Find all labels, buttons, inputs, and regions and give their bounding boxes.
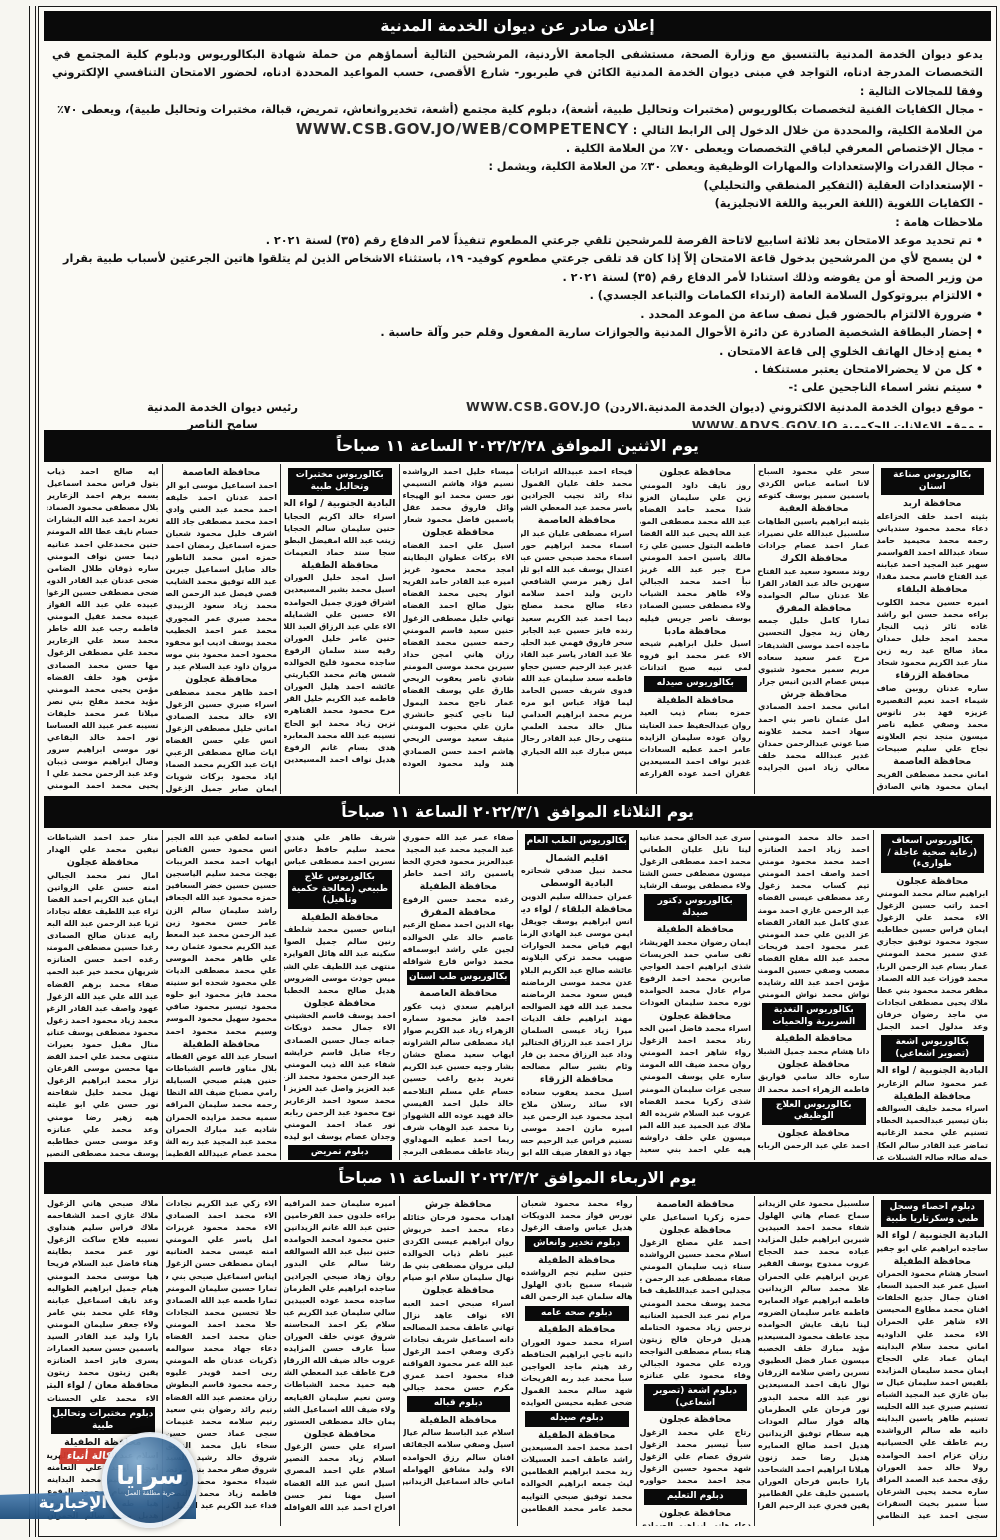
saraya-logo: سرايا حرية مطلقة العمل [102, 1432, 198, 1528]
candidate-name: ميلانا عمر محمد خليفات [47, 708, 159, 720]
candidate-name: صفاء مصطفى عبد الرحمن بني نصر [640, 1273, 752, 1285]
governorate-header: محافظة عجلون [758, 1058, 870, 1072]
candidate-name: اسلام زياد محمد النصير [284, 1453, 396, 1465]
candidate-name: مؤمن احمد عبد الله رشايده [758, 977, 870, 989]
candidate-name: اسيل محمد يعقوب سعاده [521, 1087, 633, 1099]
candidate-name: سجى عزات سليمان المومني [640, 1084, 752, 1096]
candidate-name: امنه حسن علي الزواتين [47, 882, 159, 894]
candidate-name: الاء عمر محمد ابو فروه [640, 650, 752, 662]
candidate-name: محمود تيسير محمود صافي [166, 1001, 278, 1013]
candidate-name: اسيل عمر عبد الحميد السعايده [877, 1280, 989, 1292]
candidate-name: لينا نايف عايش الحوامده [758, 1319, 870, 1331]
name-column: سلسبيل محمود علي الزيدانينسماح عصام هاني… [754, 1196, 873, 1526]
degree-header: بكالوريوس طب اسنان [407, 970, 511, 986]
candidate-name: سحر فاروق فهمي عبد الحليم [521, 637, 633, 649]
candidate-name: منتهى محمد علي احمد القضاه [47, 1051, 159, 1063]
candidate-name: رامي مصباح ضيف الله النظامي [166, 1087, 278, 1099]
candidate-name: منتهى رحال عبد القادر رحال [521, 733, 633, 745]
candidate-name: اشرف خليل محمود شعبان [166, 528, 278, 540]
candidate-name: محمود سهيل محمود الموسى [166, 1013, 278, 1025]
candidate-name: نرجس زياد محمود الحتامله [640, 1322, 752, 1334]
note-item: ضرورة الالتزام بالحضور قبل نصف ساعة من ا… [52, 306, 983, 324]
candidate-name: ليث جمعه ابراهيم الخوالده [521, 1478, 633, 1490]
candidate-name: نداء رائد نجيب الجرادين [521, 490, 633, 502]
candidate-name: رجاء صايل قاسم خرايشه [284, 1047, 396, 1059]
candidate-name: مرح عمر سعيد سعاده [758, 652, 870, 664]
candidate-name: هدى بسام غانم الرفوع [284, 742, 396, 754]
candidate-name: ريم عاطف علي الحسيانيه [877, 1437, 989, 1449]
saraya-logo-subtext: حرية مطلقة العمل [125, 1489, 175, 1497]
candidate-name: محمد عمر احمد الخطيب [166, 625, 278, 637]
candidate-name: اسراء خالد اكريم الحجايا [284, 511, 396, 523]
candidate-name: شادي ناصر يعقوب الريحي [403, 673, 515, 685]
date-bar: يوم الثلاثاء الموافق ٢٠٢٢/٣/١ الساعة ١١ … [44, 796, 991, 828]
candidate-name: روان زهاد صبحي الجرادين [284, 1271, 396, 1283]
candidate-name: رنده فايز حسين عبد الجابر [521, 625, 633, 637]
candidate-name: الاء بركات عطوان البطاينه [403, 552, 515, 564]
name-column: فيحاء احمد عبيدالله اتراباتمحمد خلف عليا… [517, 464, 636, 794]
candidate-name: يقين فخري عبد الرحيم الفرايات [758, 1500, 870, 1512]
candidate-name: مؤيد مبارك خلف الخصبه [758, 1343, 870, 1355]
candidate-name: محمود مصطفى يوسف عنانيه [47, 1027, 159, 1039]
candidate-name: نهيل محمد خليل شقاحنه [47, 1087, 159, 1099]
candidate-name: عبد الله علي عبد الله الزغول [47, 991, 159, 1003]
candidate-name: رحمه حسين محمد القضاه [403, 637, 515, 649]
governorate-header: محافظة العاصمة [166, 466, 278, 480]
candidate-name: ايهاب احمد محمد العريبات [166, 856, 278, 868]
candidate-name: اسراء صبحي احمد العبه [403, 1298, 515, 1310]
candidate-name: محمد نبيل صدقي شحاتره [521, 865, 633, 877]
candidate-name: نوال نايف احمد المسيعدين [758, 1379, 870, 1391]
candidate-name: الاء حسين علي الشمايله [284, 609, 396, 621]
candidate-name: تغريد بديع راغب حسين [403, 1073, 515, 1085]
link-label: - موقع الاعلانات الحكومية [842, 420, 983, 428]
candidate-name: محمد عبد الله فهد الصوالحه [521, 1001, 633, 1013]
candidate-name: ايمان محمود هاني الصادق [877, 781, 989, 793]
candidate-name: فاطمه ابراهيم عواد العمايره [758, 1295, 870, 1307]
candidate-name: عبد الفتاح قاسم محمد مقدادي [877, 571, 989, 583]
candidate-name: تماضر عبد القادر سالم العكايله [877, 1140, 989, 1152]
candidate-name: علي محمد مصطفى الديات [166, 965, 278, 977]
candidate-name: هاشم احمد حسن الصمادي [403, 746, 515, 758]
name-column: سرى عبد الخالق محمد عنانيهلينا نايل عليا… [636, 830, 755, 1160]
candidate-name: احمد زياد احمد العنانزه [758, 844, 870, 856]
candidate-name: نورس فواز محمد الدويكات [521, 1210, 633, 1222]
candidate-name: عدي سمير محمد المومني [877, 948, 989, 960]
candidate-name: محمد زياد سعود الزبيدي [166, 600, 278, 612]
candidate-name: عروب ممدوح يوسف الفقير [758, 1258, 870, 1270]
candidate-name: وداد عبد الرزاق محمد بن فاره محمد [521, 1049, 633, 1061]
candidate-name: ملاك يحيى مصطفى انجادات [877, 997, 989, 1009]
candidate-name: نور احمد خالد البقاعي [47, 732, 159, 744]
candidate-name: رتاج علي محمد الزغول [640, 1427, 752, 1439]
candidate-name: ايه صالح احمد ذياب [47, 466, 159, 478]
candidate-name: رنيم رائد رضوان بني سعيد [166, 1404, 278, 1416]
candidate-name: وعد محمد علي عنانزه [47, 1124, 159, 1136]
candidate-name: افنان محمد مطاوع المحيسن [877, 1304, 989, 1316]
candidate-name: هيه علي احمد بني سعيد [640, 1144, 752, 1156]
candidate-name: روان عبدالحفيظ حمد العنايته [640, 720, 752, 732]
candidate-name: اشراق فوزي جميل الحوامده [284, 597, 396, 609]
candidate-name: اسحار عبد الله عوض القطامين [166, 1051, 278, 1063]
field-technical-competencies: - مجال الكفايات الفنية لتخصصات بكالوريوس… [52, 101, 983, 140]
candidate-name: شروق عوني خلف العوران [284, 1331, 396, 1343]
candidate-name: ملاك فراس سليم هنداوي [47, 1222, 159, 1234]
intro-paragraph: يدعو ديوان الخدمة المدنية بالتنسيق مع وز… [52, 46, 983, 101]
competency-url[interactable]: WWW.CSB.GOV.JO/WEB/COMPETENCY [296, 120, 629, 138]
candidate-name: مجدلين احمد عبداللطيف فعالقه [640, 1285, 752, 1297]
candidate-name: اماني خليل مصطفى الزغول [166, 723, 278, 735]
candidate-name: هيه زهير رضا مومني [47, 1112, 159, 1124]
candidate-name: تيم كساب محمد زغول [758, 880, 870, 892]
candidate-name: اماني محمد احمد الصمادي [758, 701, 870, 713]
note-item: كل من لا يحضرالامتحان يعتبر مستنكفا . [52, 361, 983, 379]
degree-header: دبلوم التعليم [644, 1489, 748, 1505]
governorate-header: البادية الجنوبية / لواء الحسا [284, 497, 396, 511]
candidate-name: نسيبه فلاح ساكت الزغول [47, 1234, 159, 1246]
candidate-name: ياسر محمد عبد المعطي الشرارعه [521, 502, 633, 514]
candidate-name: احمد خالد محمد المومني [758, 832, 870, 844]
candidate-name: رزان هاني امجن حداد [403, 649, 515, 661]
candidate-name: رحمه محمود قاسم البطوش [166, 1379, 278, 1391]
candidate-name: وئام بشير سالم مصالحه [521, 1061, 633, 1073]
candidate-name: معالي زياد امين الجرايده [758, 762, 870, 774]
signature-block: رئيس ديوان الخدمة المدنية سامح الناصر [120, 399, 325, 433]
candidate-name: هديل صالح محمد الخطبا [284, 985, 396, 997]
degree-header: دبلوم قباله [407, 1396, 511, 1412]
candidate-name: حمزه بسام ذيب العيد [640, 707, 752, 719]
candidate-name: رعد مصطفى عيسى القضاه [758, 892, 870, 904]
candidate-name: صفاء محمد برهم القضاه [47, 979, 159, 991]
candidate-name: اسلام عبد الباسط سالم عيال سلمان [403, 1427, 515, 1439]
governorate-header: محافظة عجلون [47, 856, 159, 870]
candidate-name: زينب عبد الله امفيضل البطونيه [284, 535, 396, 547]
name-column: بكالوريوس اسعاف (رعاية صحية عاجلة / طوار… [873, 830, 992, 1160]
candidate-name: دانيه طه سالم الرواشده [877, 1425, 989, 1437]
candidate-name: حنين نبيل عبد الله السوالقه [284, 1246, 396, 1258]
link-label: - موقع ديوان الخدمة المدنية الالكتروني (… [605, 401, 983, 414]
candidate-name: عبد العزيز واصل عبد العزيز المومني [284, 1083, 396, 1095]
candidate-name: عبد الرحمن محمد عبد المعطي الماضي [166, 929, 278, 941]
candidate-name: محمد وصفي عطيه ناصر [877, 719, 989, 731]
candidate-name: مجد احمد محمد حواوره [640, 1475, 752, 1487]
governorate-header: محافظة الطفيلة [640, 923, 752, 937]
candidate-name: منيف سعيد موسى الريحي [403, 733, 515, 745]
governorate-header: محافظة عجلون [284, 997, 396, 1011]
candidate-name: غدير عبد الرحيم حسين حجاوي [521, 661, 633, 673]
candidate-name: اسراء مصطفى عليان عبد الرحيم [521, 528, 633, 540]
candidate-name: بتول فراس محمد اسماعيل [47, 478, 159, 490]
candidate-name: سهير عبد المجيد احمد عبابنه [877, 559, 989, 571]
degree-header: بكالوريوس العلاج الوظيفي [762, 1098, 866, 1125]
candidate-name: اماني محمد مصطفى الفريحات [877, 769, 989, 781]
candidate-name: احمد واصف احمد المومني [758, 868, 870, 880]
candidate-name: ايمان صابر جميل الزغول [166, 783, 278, 794]
field-language-competencies: - الكفايات اللغوية (اللغة العربية واللغة… [52, 195, 983, 213]
candidate-name: مهند ابراهيم خلف الديات [521, 1013, 633, 1025]
candidate-name: صبا عوني عبدالرحمن حمدان [758, 738, 870, 750]
page-left-rule [29, 6, 36, 1537]
candidate-name: رحمه محمد محيميد حامد [877, 535, 989, 547]
governorate-header: محافظة الطفيلة [284, 911, 396, 925]
candidate-name: فاطمه عبد الكريم خليل القرارعه [284, 693, 396, 705]
degree-header: دبلوم تمريض [288, 1145, 392, 1160]
candidate-name: محمد دواس فارع شواقله [403, 956, 515, 968]
candidate-name: سبأ سمير بخيت السقرات [877, 1498, 989, 1510]
candidate-name: شريف طاهر علي هندي [284, 832, 396, 844]
field-knowledge-specialty: - مجال الإختصاص المعرفي لباقي التخصصات و… [52, 140, 983, 158]
candidate-name: مرام نمر عبد الحميد العنانيه [640, 1310, 752, 1322]
candidate-name: اميره مازن احمد موسى [521, 1123, 633, 1135]
governorate-header: محافظة جرش [758, 688, 870, 702]
degree-header: دبلوم صحه عامه [525, 1306, 629, 1322]
candidate-name: تمارا حسين سليمان المومني [166, 1283, 278, 1295]
governorate-header: محافظة الطفيلة [877, 1255, 989, 1269]
name-column: محافظة عجلونروز نايف داود المومنيزين علي… [636, 464, 755, 794]
governorate-header: محافظة الطفيلة [403, 880, 515, 894]
candidate-name: امل ياسر علي المومني [166, 1234, 278, 1246]
candidate-name: محمد توفيق صبحي التوايبه [521, 1491, 633, 1503]
candidate-name: شروق عصام علي الزغول [640, 1451, 752, 1463]
candidate-name: غدير نواف احمد المسيعدين [640, 756, 752, 768]
candidate-name: اسلام علي احمد المصري [284, 1465, 396, 1477]
candidate-name: ايات صالح مصطفى الزعبي [166, 747, 278, 759]
degree-header: بكالوريوس مختبرات وتحاليل طبية [288, 468, 392, 495]
candidate-name: ميس عصام الدين انيس جرار [758, 676, 870, 688]
candidate-name: اسيل وصفي سلامه الجفائفه [403, 1439, 515, 1451]
candidate-name: تهاني عاطف محمد المصالحه [403, 1322, 515, 1334]
candidate-name: وائل فاروق محمد عقل [403, 502, 515, 514]
candidate-name: الاء محمد علي الزغول [877, 912, 989, 924]
governorate-header: البادية الوسطى [521, 877, 633, 891]
candidate-name: مؤمن يحيى محمد المومني [47, 684, 159, 696]
candidate-name: محمد عامر محمد القطامين [521, 1503, 633, 1515]
candidate-name: تهاني خليل مصطفى الزغول [403, 613, 515, 625]
candidate-name: امجد محمد محمود غريز [403, 564, 515, 576]
candidate-name: نيفين محمد علي الهدار [47, 844, 159, 856]
candidate-name: ساره خالد سامي قواريق [758, 1071, 870, 1083]
candidate-name: نسيبه عبد الله محمد المعابره [284, 730, 396, 742]
governorate-header: محافظة عجلون [166, 673, 278, 687]
candidate-name: بهاء الدين احمد مصلح الزعبي [403, 919, 515, 931]
candidate-name: صفاء عمر عبد الله حموري [403, 832, 515, 844]
candidate-name: عروب عبد السلام شريده الفريحات [640, 1108, 752, 1120]
candidate-name: هديل نواف احمد المسيعدين [284, 754, 396, 766]
candidate-name: مها محسن موسى القرعان [47, 1063, 159, 1075]
candidate-name: علا عدنان سالم الحوامده [758, 590, 870, 602]
candidate-name: هاله سلمان عبد الرحمن القمول [521, 1291, 633, 1303]
governorate-header: محافظة عجلون [640, 1010, 752, 1024]
name-column: اسامه لطفي عبد الله الجبرانس محمود حسن ا… [162, 830, 281, 1160]
candidate-name: افنان سالم رزق الحوامده [403, 1452, 515, 1464]
candidate-name: محمد سعود احمد الزعارير [284, 1095, 396, 1107]
candidate-name: سلام بكر احمد المحاسنه [284, 1319, 396, 1331]
candidate-name: تسنيم طاهر ياسين البداينه [877, 1413, 989, 1425]
candidate-name: محمد احمد مصطفى الزغول [640, 856, 752, 868]
candidate-name: حنين محمود امحمد الحوامده [284, 1234, 396, 1246]
candidate-name: سماح عصام هاني الهلول [758, 1210, 870, 1222]
governorate-header: محافظة عجلون [640, 1413, 752, 1427]
candidate-name: ياسمين فاضل محمود شعار [403, 514, 515, 526]
candidate-name: تمارا كامل خليل جمعه [758, 615, 870, 627]
csb-url[interactable]: WWW.CSB.GOV.JO [466, 399, 601, 414]
degree-header: بكالوريوس دكتور صيدلة [644, 894, 748, 921]
governorate-header: محافظة عجلون [640, 466, 752, 480]
candidate-name: ملاك صبحي هاني الزغول [47, 1198, 159, 1210]
candidate-name: بسمه برهم احمد الزعارير [47, 490, 159, 502]
candidate-name: نزين زياد محمد ابو الحاج [284, 718, 396, 730]
candidate-name: نور عبد الله محمد البدور [758, 1392, 870, 1404]
governorate-header: محافظة عجلون [403, 1284, 515, 1298]
candidate-name: الاء جمال محمد دويكات [284, 1022, 396, 1034]
governorate-header: محافظة مادبا [640, 625, 752, 639]
candidate-name: صابرين محمد احمد الرفوع [640, 973, 752, 985]
candidate-name: مجد عاطف محمود المسيعدين [758, 1331, 870, 1343]
name-column: سحر علي محمود السباحلانا اسامه عباس الكر… [754, 464, 873, 794]
candidate-name: عروب خالد ضيف الله الزرقان [284, 1355, 396, 1367]
candidate-name: ثراء عبد اللطيف عقله نجادات [47, 906, 159, 918]
name-column: صفاء عمر عبد الله حموريعبد المجيد محمد ع… [399, 830, 518, 1160]
governorate-header: محافظة جرش [403, 1198, 515, 1212]
candidate-name: رنا محمد عبد الوهاب شرف [403, 1122, 515, 1134]
name-column: بكالوريوس صناعة اسنانمحافظة اربدبثينه اح… [873, 464, 992, 794]
candidate-name: بشار وجيه حسين عبد الكريم [403, 1061, 515, 1073]
candidate-name: انس محمود حسن القناص [166, 844, 278, 856]
candidate-name: يوسف محمد مصطفى النصير [47, 1148, 159, 1160]
candidate-name: امجد محمود عبد الرحمن عبد الرحيم [521, 1111, 633, 1123]
candidate-name: عاصم خالد علي الخوالده [403, 932, 515, 944]
columns: بكالوريوس صناعة اسنانمحافظة اربدبثينه اح… [44, 464, 991, 794]
candidate-name: دارين وليد احمد سلامه [521, 588, 633, 600]
candidate-name: ليما فؤاد عباس ابو مره [521, 697, 633, 709]
candidate-name: هند وليد محمود العوده [403, 758, 515, 770]
candidate-name: بثينه احمد خلف الخزاعله [877, 511, 989, 523]
candidate-name: نوره محمد سليمان العودات [640, 997, 752, 1009]
candidate-name: حنين عامر خليل العوران [284, 633, 396, 645]
note-item: يمنع إدخال الهاتف الخلوي إلى قاعة الامتح… [52, 343, 983, 361]
candidate-name: رنين سالم جميل الصوا [284, 936, 396, 948]
candidate-name: اعتدال يوسف عبد الله ابو ثلول [521, 564, 633, 576]
candidate-name: امنه عيسى محمد العنانيه [166, 1246, 278, 1258]
candidate-name: روان عوده سليمان الزايده [640, 732, 752, 744]
candidate-name: ميس جودت موسى الضروس [284, 973, 396, 985]
candidate-name: سيرين محمد موسى المومني [403, 661, 515, 673]
name-column: محافظة جرشاهداب محمود فرحان خثائلهدعاء م… [399, 1196, 518, 1526]
candidate-name: الاء شاهر علي الحمران [877, 1316, 989, 1328]
candidate-name: ولاء ظاهر محمد الشياب [640, 588, 752, 600]
candidate-name: ميسون مصطفى حسن الشتاش [640, 868, 752, 880]
candidate-name: مصعب وصفي حسين المومني [758, 965, 870, 977]
candidate-name: بيان غازي عبد المجيد الشباطات [877, 1389, 989, 1401]
candidate-name: الاء سائد رسلان ملاح [521, 1099, 633, 1111]
candidate-name: ياسمين خليف علي القطامين [758, 1488, 870, 1500]
candidate-name: بنان تيسير عبدالحميد الخطاطبه [877, 1115, 989, 1127]
candidate-name: مازن علي محبوب المومني [403, 721, 515, 733]
candidate-name: ورده علي محمود الجبالي [640, 1358, 752, 1370]
candidate-name: وسيم محمد محمود احمد [166, 1026, 278, 1038]
candidate-name: الاء علي عبد الرزاق العبد اللات [284, 621, 396, 633]
candidate-name: امل زهير مرسي الشافعي [521, 576, 633, 588]
candidate-name: ميسون علي خلف دراوشه [640, 1132, 752, 1144]
candidate-name: عدن محمد موسى الرماضنه [521, 977, 633, 989]
candidate-name: علي محمود شحده ابو سنينه [166, 977, 278, 989]
candidate-name: الاء خالد محمد الصمادي [166, 711, 278, 723]
candidate-name: سعاد عبدالله احمد القواسمي [877, 547, 989, 559]
candidate-name: دعاء محمد محمود سندياني [877, 523, 989, 535]
governorate-header: محافظة عجلون [403, 526, 515, 540]
advs-url[interactable]: WWW.ADVS.GOV.JO [692, 418, 838, 428]
candidate-name: حنين سعيد قاسم المومني [403, 625, 515, 637]
signature-title: رئيس ديوان الخدمة المدنية [120, 399, 325, 416]
candidate-name: عائشه صالح عبد الكريم البلاونه [521, 965, 633, 977]
candidate-name: ايمان محمد سليمان المزايده [877, 1365, 989, 1377]
candidate-name: اسيل مهنا نمر حسن [284, 1490, 396, 1502]
governorate-header: محافظة الطفيلة [166, 1038, 278, 1052]
candidate-name: بهجت محمد سليم الياسجين [166, 868, 278, 880]
candidate-name: اسراء محمد خليف السوالقه [877, 1103, 989, 1115]
candidate-name: عبد المجيد محمد عبد المجيد الدسوقي [403, 844, 515, 856]
candidate-name: يارا حابس فرحان العوران [758, 1476, 870, 1488]
candidate-name: غفران احمد عوده القرارعه [640, 768, 752, 780]
candidate-name: بثينه ابراهيم ياسين الطاهات [758, 516, 870, 528]
candidate-name: افراح احمد عبد الله القوافله [284, 1502, 396, 1514]
field-abilities-skills: - مجال القدرات والإستعدادات والمهارات ال… [52, 158, 983, 176]
name-column: اميره سليمان حمد المرافيهبراءه خلدون حمد… [280, 1196, 399, 1526]
candidate-name: اسيل خليل ابراهيم شيخه [640, 638, 752, 650]
candidate-name: محمد سعد علي الزعارير [47, 635, 159, 647]
candidate-name: حنان محمد احمد القضاه [166, 1331, 278, 1343]
field-mental-aptitudes: - الإستعدادات العقلية (التفكير المنطقي و… [52, 177, 983, 195]
candidate-name: عبد الكريم محمود عثمان رمضان [166, 941, 278, 953]
candidate-name: رغده احمد حسن العنانزه [47, 954, 159, 966]
candidate-name: شيماء احمد نعيم التقصيره [877, 695, 989, 707]
candidate-name: نسيم فؤاد هاشم النسيمي [403, 478, 515, 490]
candidate-name: اسراء صبري حسين الزغول [166, 699, 278, 711]
note-item: الالتزام ببروتوكول السلامة العامة (ارتدا… [52, 287, 983, 305]
candidate-name: ريما احمد عطيه المهداوي [403, 1134, 515, 1146]
candidate-name: حمزه محمود عبد الله الجعافره [166, 892, 278, 904]
candidate-name: زيد يوسف سليمان عليان [403, 1158, 515, 1160]
candidate-name: رايه عدنان صالح الصمادى [47, 930, 159, 942]
candidate-name: عهود واصف عبد القادر الزغول [47, 1003, 159, 1015]
candidate-name: عائشه احمد هليل العوران [284, 681, 396, 693]
candidate-name: خالد خليل احمد القيسي [403, 1098, 515, 1110]
candidate-name: هاله فواز سالم العودات [758, 1416, 870, 1428]
governorate-header: محافظة الطفيلة [758, 1032, 870, 1046]
candidate-name: روان ابراهيم عيسى الكردى [403, 1236, 515, 1248]
candidate-name: عبد الله محمد مصطفى المومني [640, 516, 752, 528]
candidate-name: نور فرحان علي العطرمان [758, 1404, 870, 1416]
candidate-name: ساره علي يوسف المومني [640, 1071, 752, 1083]
candidate-name: سناء ذيب سليمان المومني [640, 1261, 752, 1273]
announcement-body: يدعو ديوان الخدمة المدنية بالتنسيق مع وز… [42, 42, 993, 428]
candidate-name: تغريد احمد عبد الله البشارات [47, 514, 159, 526]
candidate-name: لمى نبيه صبح اتدانات [640, 662, 752, 674]
candidate-name: صهيب محمد تركي البلاونه [521, 952, 633, 964]
signature-name: سامح الناصر [120, 416, 325, 433]
candidate-name: خوله صالح صالح الشبيلات عيال عواد [877, 1152, 989, 1160]
candidate-name: رغدا حسين مصطفى المومني [47, 942, 159, 954]
candidate-name: منال خالد محمد العلمي [521, 721, 633, 733]
candidate-name: شفاء عبد الله ذيب المومني [284, 1059, 396, 1071]
candidate-name: جمانه جمال حسين الصمادى [284, 1035, 396, 1047]
candidate-name: ولاء مصطفى يوسف الرشايده [640, 880, 752, 892]
candidate-name: سهاد احمد محمد علاونه [758, 726, 870, 738]
degree-header: بكالوريوس صناعة اسنان [881, 468, 985, 495]
governorate-header: محافظة المفرق [758, 602, 870, 616]
candidate-name: اسماء محمد ابراهيم حور [521, 540, 633, 552]
candidate-name: عز الدين علي حمد المومني [758, 929, 870, 941]
